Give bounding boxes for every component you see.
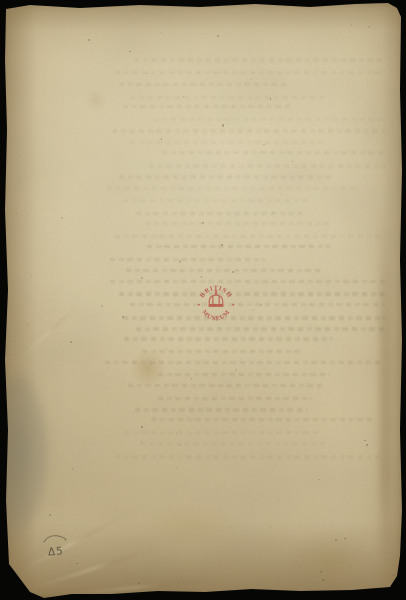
speck — [76, 563, 77, 564]
speck — [366, 444, 367, 445]
speck — [194, 43, 195, 44]
speck — [260, 304, 262, 306]
stamp-text-bottom: MUSEUM — [200, 309, 231, 322]
speck — [161, 138, 162, 139]
speck — [72, 468, 74, 470]
speck — [250, 79, 251, 80]
speck — [147, 73, 148, 74]
speck — [200, 276, 202, 278]
speck — [217, 35, 219, 37]
speck — [88, 39, 90, 41]
speck — [322, 579, 324, 581]
folio-number: Δ5 — [48, 545, 65, 558]
speck — [306, 581, 308, 583]
speck — [183, 96, 184, 97]
speck — [60, 319, 61, 320]
speck — [191, 378, 192, 379]
speck — [278, 499, 279, 500]
inscription-flourish — [40, 532, 74, 546]
stamp-side-dot — [232, 304, 234, 306]
speck — [292, 161, 293, 162]
speck — [180, 445, 181, 446]
speck — [122, 316, 124, 318]
parchment-leaf: BRITISH MUSEUM Δ5 — [0, 0, 406, 600]
speck — [350, 567, 351, 568]
speck — [176, 467, 177, 468]
speck — [101, 305, 103, 307]
stamp-side-dot — [198, 304, 200, 306]
speck — [176, 433, 177, 434]
speck — [31, 276, 32, 277]
speck — [232, 271, 234, 273]
speck — [270, 98, 272, 100]
speck — [344, 538, 345, 539]
speck — [16, 213, 18, 215]
british-museum-stamp: BRITISH MUSEUM — [195, 282, 237, 324]
speck — [314, 232, 315, 233]
speck — [235, 369, 237, 371]
speck — [161, 246, 162, 247]
speck — [49, 514, 51, 516]
speck — [364, 440, 366, 442]
speck — [252, 309, 254, 311]
speck — [272, 212, 273, 213]
speck — [141, 441, 142, 442]
speck — [263, 144, 264, 145]
speck — [181, 577, 182, 578]
speck — [179, 260, 181, 262]
speck — [166, 348, 167, 349]
speck — [393, 574, 395, 576]
speck — [27, 324, 28, 325]
speck — [221, 244, 223, 246]
speck — [368, 26, 369, 27]
speck — [318, 479, 320, 481]
speck — [351, 24, 353, 26]
speck — [70, 341, 72, 343]
photograph-background: BRITISH MUSEUM Δ5 — [0, 0, 406, 600]
speck — [222, 124, 224, 126]
speck — [138, 583, 139, 584]
speck — [160, 32, 161, 33]
speck — [202, 222, 203, 223]
speck — [335, 539, 337, 541]
folio-inscription: Δ5 — [40, 532, 76, 566]
speck — [270, 526, 272, 528]
speck — [61, 217, 63, 219]
speck — [141, 426, 143, 428]
speck — [320, 571, 322, 573]
speck — [141, 277, 143, 279]
speck — [129, 51, 130, 52]
